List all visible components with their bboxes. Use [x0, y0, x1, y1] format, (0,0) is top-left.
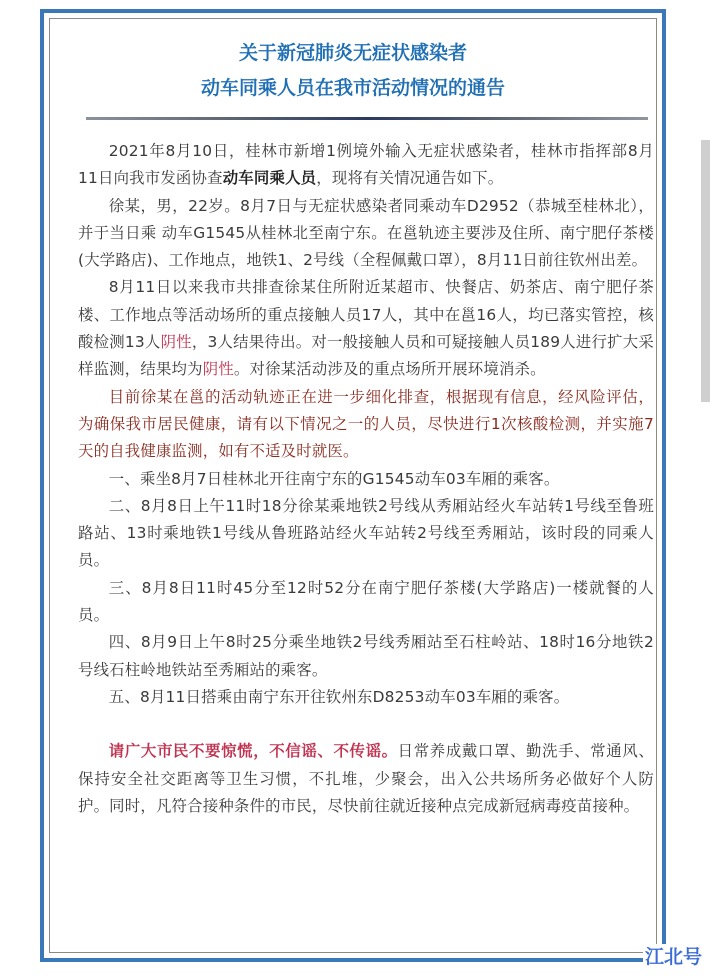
paragraph-advisory: 目前徐某在邕的活动轨迹正在进一步细化排查，根据现有信息，经风险评估，为确保我市居… — [78, 384, 654, 466]
list-item: 二、8月8日上午11时18分徐某乘地铁2号线从秀厢站经火车站转1号线至鲁班路站、… — [78, 493, 654, 575]
title-divider — [86, 117, 648, 120]
title-line-1: 关于新冠肺炎无症状感染者 — [50, 36, 656, 71]
paragraph-case-details: 徐某，男，22岁。8月7日与无症状感染者同乘动车D2952（恭城至桂林北），并于… — [78, 193, 654, 275]
notice-body: 2021年8月10日，桂林市新增1例境外输入无症状感染者，桂林市指挥部8月11日… — [78, 138, 654, 820]
list-item: 三、8月8日11时45分至12时52分在南宁肥仔茶楼(大学路店)一楼就餐的人员。 — [78, 575, 654, 630]
spacer — [78, 711, 654, 738]
negative-result-highlight: 阴性 — [161, 333, 192, 351]
paragraph-public-appeal: 请广大市民不要惊慌，不信谣、不传谣。日常养成戴口罩、勤洗手、常通风、保持安全社交… — [78, 738, 654, 820]
paragraph-intro: 2021年8月10日，桂林市新增1例境外输入无症状感染者，桂林市指挥部8月11日… — [78, 138, 654, 193]
list-item: 五、8月11日搭乘由南宁东开往钦州东D8253动车03车厢的乘客。 — [78, 684, 654, 711]
appeal-highlight: 请广大市民不要惊慌，不信谣、不传谣。 — [109, 742, 398, 760]
notice-title: 关于新冠肺炎无症状感染者 动车同乘人员在我市活动情况的通告 — [50, 36, 656, 106]
scrollbar-thumb[interactable] — [701, 140, 710, 402]
title-line-2: 动车同乘人员在我市活动情况的通告 — [50, 71, 656, 106]
paragraph-screening: 8月11日以来我市共排查徐某住所附近某超市、快餐店、奶茶店、南宁肥仔茶楼、工作地… — [78, 274, 654, 383]
notice-outer-frame: 关于新冠肺炎无症状感染者 动车同乘人员在我市活动情况的通告 2021年8月10日… — [40, 9, 666, 962]
notice-inner-frame: 关于新冠肺炎无症状感染者 动车同乘人员在我市活动情况的通告 2021年8月10日… — [49, 18, 657, 953]
highlight-bold: 动车同乘人员 — [223, 169, 317, 187]
watermark-logo: 江北号 — [643, 944, 704, 970]
list-item: 四、8月9日上午8时25分乘坐地铁2号线秀厢站至石柱岭站、18时16分地铁2号线… — [78, 629, 654, 684]
list-item: 一、乘坐8月7日桂林北开往南宁东的G1545动车03车厢的乘客。 — [78, 466, 654, 493]
negative-result-highlight: 阴性 — [203, 360, 234, 378]
